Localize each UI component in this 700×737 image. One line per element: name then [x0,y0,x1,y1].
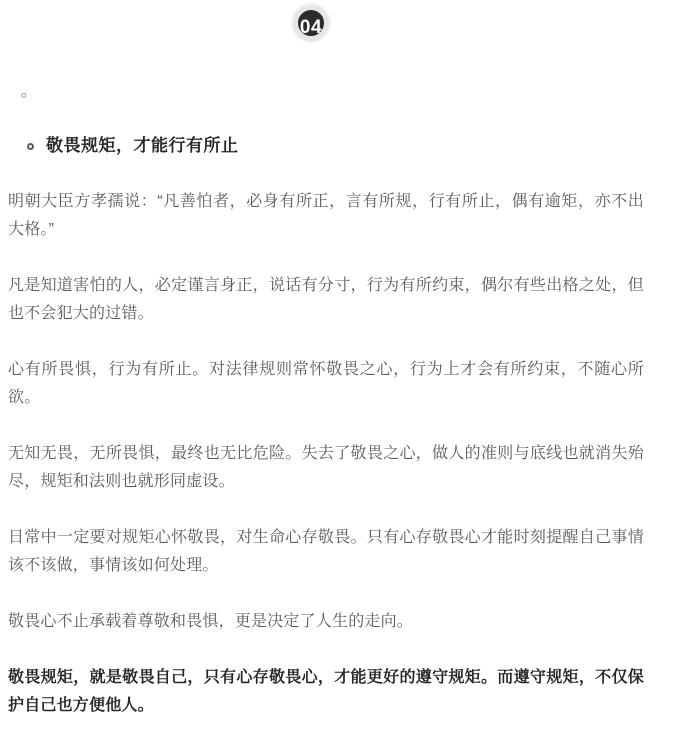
article-paragraph: 敬畏心不止承载着尊敬和畏惧，更是决定了人生的走向。 [8,608,644,636]
article-body: 明朝大臣方孝孺说：“凡善怕者，必身有所正，言有所规，行有所止，偶有逾矩，亦不出大… [8,188,644,720]
circle-bullet-icon [27,143,34,150]
article-paragraph: 心有所畏惧，行为有所止。对法律规则常怀敬畏之心，行为上才会有所约束，不随心所欲。 [8,356,644,412]
section-heading-text: 敬畏规矩，才能行有所止 [46,132,239,160]
section-number-badge: 04 [293,5,329,41]
article-page: 04 。 敬畏规矩，才能行有所止 明朝大臣方孝孺说：“凡善怕者，必身有所正，言有… [0,0,700,737]
article-paragraph: 明朝大臣方孝孺说：“凡善怕者，必身有所正，言有所规，行有所止，偶有逾矩，亦不出大… [8,188,644,244]
section-badge-row: 04 [8,5,644,51]
article-emphasis-paragraph: 敬畏规矩，就是敬畏自己，只有心存敬畏心，才能更好的遵守规矩。而遵守规矩，不仅保护… [8,664,644,720]
stray-period-text: 。 [21,78,644,106]
article-paragraph: 日常中一定要对规矩心怀敬畏，对生命心存敬畏。只有心存敬畏心才能时刻提醒自己事情该… [8,524,644,580]
article-paragraph: 凡是知道害怕的人，必定谨言身正，说话有分寸，行为有所约束，偶尔有些出格之处，但也… [8,272,644,328]
article-paragraph: 无知无畏，无所畏惧，最终也无比危险。失去了敬畏之心，做人的准则与底线也就消失殆尽… [8,440,644,496]
section-heading: 敬畏规矩，才能行有所止 [27,132,644,160]
